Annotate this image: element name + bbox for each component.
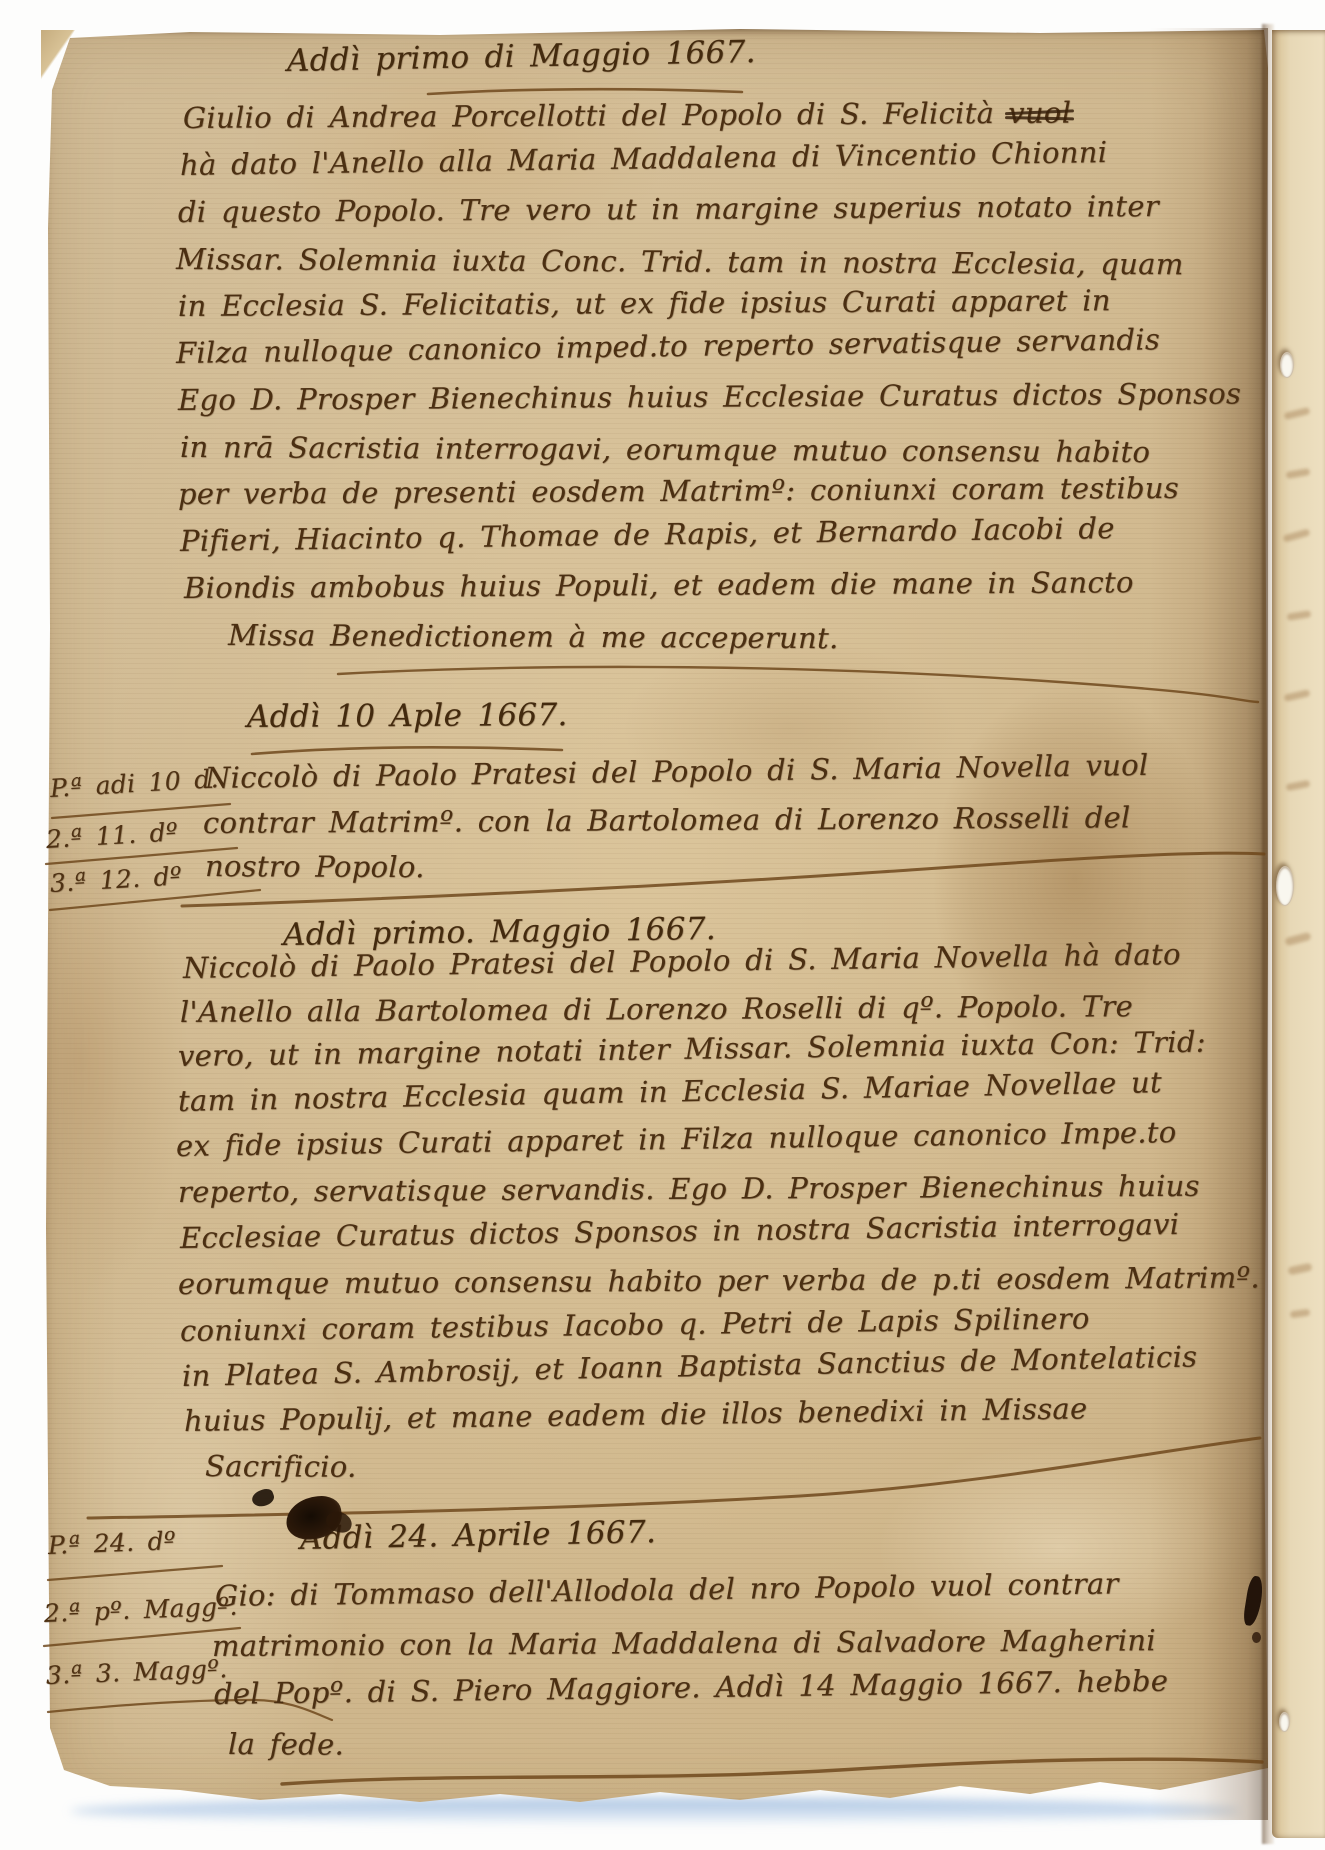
manuscript-scan: Addì primo di Maggio 1667. Giulio di And…: [0, 0, 1325, 1850]
manuscript-line: in Platea S. Ambrosij, et Ioann Baptista…: [182, 1341, 1198, 1394]
manuscript-line: Filza nulloque canonico imped.to reperto…: [176, 323, 1161, 370]
worm-hole: [1276, 866, 1294, 906]
manuscript-line: Gio: di Tommaso dell'Allodola del nro Po…: [215, 1567, 1119, 1613]
margin-note: P.ª adi 10 d.: [49, 765, 219, 804]
manuscript-line: del Popº. di S. Piero Maggiore. Addì 14 …: [214, 1665, 1169, 1712]
manuscript-line: Niccolò di Paolo Pratesi del Popolo di S…: [205, 749, 1149, 796]
manuscript-line: vero, ut in margine notati inter Missar.…: [178, 1026, 1206, 1074]
manuscript-line: matrimonio con la Maria Maddalena di Sal…: [212, 1624, 1156, 1663]
manuscript-line: Giulio di Andrea Porcellotti del Popolo …: [183, 97, 1071, 136]
manuscript-line: hà dato l'Anello alla Maria Maddalena di…: [180, 136, 1108, 182]
manuscript-line: reperto, servatisque servandis. Ego D. P…: [178, 1170, 1200, 1210]
ink-blot: [1252, 1632, 1261, 1643]
margin-note: 2.ª pº. Maggº.: [43, 1593, 238, 1629]
handwriting-layer: Addì primo di Maggio 1667. Giulio di And…: [0, 0, 1325, 1850]
manuscript-line: Ecclesiae Curatus dictos Sponsos in nost…: [180, 1208, 1180, 1255]
margin-note: 3.ª 12. dº: [49, 862, 183, 899]
line-text: Giulio di Andrea Porcellotti del Popolo …: [183, 96, 994, 135]
manuscript-line: in Ecclesia S. Felicitatis, ut ex fide i…: [178, 284, 1111, 323]
manuscript-line: Sacrificio.: [205, 1450, 357, 1484]
worm-hole: [1280, 352, 1294, 378]
margin-note: 3.ª 3. Maggº.: [45, 1655, 228, 1691]
manuscript-line: Pifieri, Hiacinto q. Thomae de Rapis, et…: [180, 512, 1115, 558]
manuscript-line: per verba de presenti eosdem Matrimº: co…: [178, 472, 1179, 511]
manuscript-line: Biondis ambobus huius Populi, et eadem d…: [184, 566, 1134, 605]
manuscript-line: huius Populij, et mane eadem die illos b…: [184, 1392, 1088, 1438]
margin-note: 2.ª 11. dº: [45, 818, 179, 855]
manuscript-line: Ego D. Prosper Bienechinus huius Ecclesi…: [178, 378, 1241, 418]
manuscript-line: eorumque mutuo consensu habito per verba…: [178, 1261, 1260, 1301]
entry-heading: Addì primo di Maggio 1667.: [287, 35, 756, 80]
manuscript-line: contrar Matrimº. con la Bartolomea di Lo…: [203, 801, 1131, 840]
manuscript-line: Missar. Solemnia iuxta Conc. Trid. tam i…: [176, 243, 1184, 282]
struck-word: vuol: [1008, 97, 1071, 131]
manuscript-line: la fede.: [228, 1728, 344, 1762]
entry-heading: Addì 10 Aple 1667.: [247, 698, 568, 736]
entry-heading: Addì 24. Aprile 1667.: [300, 1515, 657, 1557]
manuscript-line: ex fide ipsius Curati apparet in Filza n…: [176, 1116, 1177, 1163]
manuscript-line: nostro Popolo.: [205, 850, 425, 884]
margin-note: P.ª 24. dº: [47, 1527, 176, 1561]
manuscript-line: tam in nostra Ecclesia quam in Ecclesia …: [178, 1066, 1163, 1118]
manuscript-line: coniunxi coram testibus Iacobo q. Petri …: [180, 1302, 1090, 1348]
manuscript-line: in nrā Sacristia interrogavi, eorumque m…: [180, 431, 1150, 469]
worm-hole: [1279, 1712, 1290, 1732]
manuscript-line: di questo Popolo. Tre vero ut in margine…: [178, 190, 1159, 229]
manuscript-line: Missa Benedictionem à me acceperunt.: [228, 619, 839, 656]
manuscript-line: l'Anello alla Bartolomea di Lorenzo Rose…: [180, 990, 1133, 1029]
